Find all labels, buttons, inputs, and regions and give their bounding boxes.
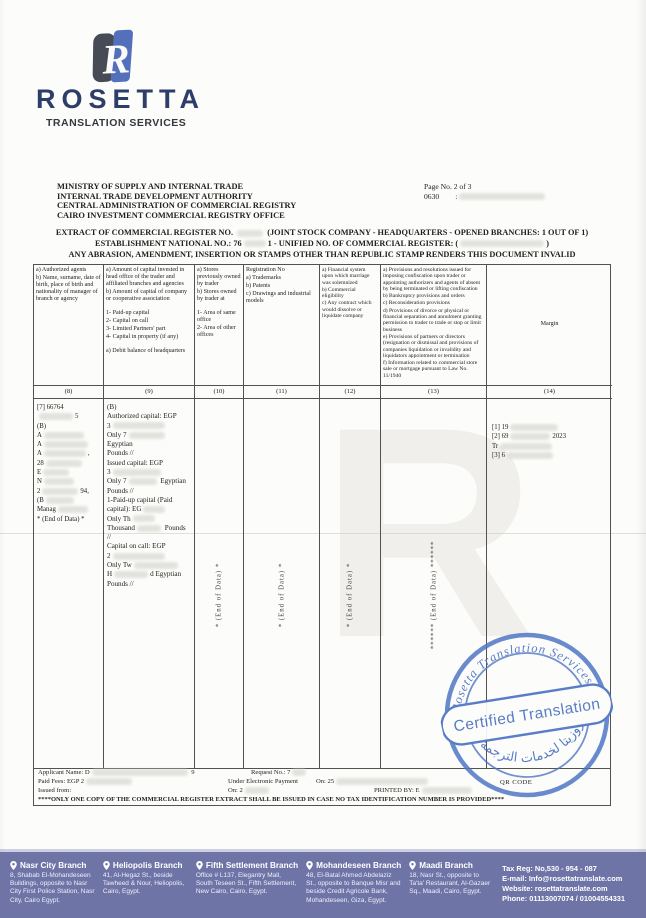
paid-fees: Paid Fees: EGP 2 <box>38 778 134 785</box>
text-line: b) Amount of capital of company or coope… <box>106 289 192 303</box>
redacted-text <box>44 450 86 457</box>
text-line: On: 2 <box>228 787 271 794</box>
redacted-text <box>237 230 263 237</box>
branch-name-text: Maadi Branch <box>419 861 473 870</box>
document-page: R ROSETTA TRANSLATION SERVICES MINISTRY … <box>0 0 646 918</box>
col9-body: (B)Authorized capital: EGP3Only 7 Egypti… <box>103 399 194 768</box>
redacted-text <box>459 193 545 200</box>
text-line: Authorized capital: EGP <box>107 412 191 421</box>
col14-body: [1] 19[2] 692023Tr[3] 6 <box>486 399 612 768</box>
text-line: Registration No <box>246 267 317 274</box>
col10-header: a) Stores previously owned by traderb) S… <box>194 265 243 386</box>
payment-date: On: 25 <box>316 778 430 785</box>
text-line: 28 <box>37 459 100 468</box>
text-line: PRINTED BY: E <box>374 787 474 794</box>
text-line: e) Provisions of partners or directors (… <box>383 334 484 359</box>
extract-title: EXTRACT OF COMMERCIAL REGISTER NO. (JOIN… <box>30 228 614 260</box>
text-line: A <box>37 440 100 449</box>
svg-text:R: R <box>100 36 131 83</box>
summary-box: Applicant Name: D 9 Request No.: 7 Paid … <box>33 767 611 806</box>
text-line: CENTRAL ADMINISTRATION OF COMMERCIAL REG… <box>57 201 296 211</box>
footer-branch: Heliopolis Branch41, Al-Hegaz St., besid… <box>103 861 188 918</box>
col8-number: (8) <box>34 386 103 399</box>
text-line: a) Provisions and resolutions issued for… <box>383 267 484 292</box>
text-line: b) Stores owned by trader at <box>197 289 241 303</box>
redacted-text <box>44 432 84 439</box>
branch-name: Mohandeseen Branch <box>306 861 401 870</box>
text-line: 1- Area of same office <box>197 310 241 324</box>
text-line: INTERNAL TRADE DEVELOPMENT AUTHORITY <box>57 192 296 202</box>
text-line: 4- Capital in property (if any) <box>106 334 192 341</box>
text-line: [2] 692023 <box>492 432 609 441</box>
branch-address: Office # L137, Elegantry Mall, South Tes… <box>196 872 298 897</box>
single-copy-disclaimer: ****ONLY ONE COPY OF THE COMMERCIAL REGI… <box>38 796 504 803</box>
redacted-text <box>113 553 165 560</box>
text-line: Hd Egyptian <box>107 570 191 579</box>
text-line: * (End of Data) * <box>37 515 100 524</box>
col12-number: (12) <box>319 386 380 399</box>
redacted-text <box>336 778 428 785</box>
branch-name: Heliopolis Branch <box>103 861 188 870</box>
text-line: a) Financial system upon which marriage … <box>322 267 378 286</box>
branch-address: 41, Al-Hegaz St., beside Tawheed & Nour,… <box>103 872 188 897</box>
text-line: 2 <box>107 552 191 561</box>
col12-header: a) Financial system upon which marriage … <box>319 265 380 386</box>
text-line: [7] 66764 <box>37 403 100 412</box>
branch-address: 8, Shabab El-Mohandeseen Buildings, oppo… <box>10 872 95 905</box>
text-line: 0630: <box>424 192 547 202</box>
text-line: A, <box>37 449 100 458</box>
footer-branch: Mohandeseen Branch48, El-Batal Ahmed Abd… <box>306 861 401 918</box>
text-line: a) Authorized agents <box>36 267 101 274</box>
col13-number: (13) <box>380 386 486 399</box>
page-number: Page No. 2 of 3 <box>424 182 547 192</box>
redacted-text <box>92 769 188 776</box>
footer-branch: Nasr City Branch8, Shabab El-Mohandeseen… <box>10 861 95 918</box>
text-line: A <box>37 431 100 440</box>
issue-date: On: 2 <box>228 787 271 794</box>
redacted-text <box>86 778 132 785</box>
redacted-text <box>46 460 82 467</box>
text-line: EXTRACT OF COMMERCIAL REGISTER NO. (JOIN… <box>30 228 614 239</box>
printed-by: PRINTED BY: E <box>374 787 474 794</box>
col12-body: * (End of Data) * <box>319 399 380 768</box>
text-line: c) Drawings and industrial models <box>246 291 317 305</box>
col13-body: ****** (End of Data) ****** <box>380 399 486 768</box>
redacted-text <box>133 515 155 522</box>
text-line: 2- Area of other offices <box>197 325 241 339</box>
spacer <box>439 198 455 199</box>
redacted-text <box>44 478 74 485</box>
text-line: Applicant Name: D 9 <box>38 769 195 776</box>
text-line: a) Stores previously owned by trader <box>197 267 241 288</box>
text-line: 1-Paid-up capital (Paid <box>107 496 191 505</box>
text-line: 2- Capital on call <box>106 318 192 325</box>
text-line: (B <box>37 496 100 505</box>
text-line: E <box>37 468 100 477</box>
text-line: MINISTRY OF SUPPLY AND INTERNAL TRADE <box>57 182 296 192</box>
text-line: 3 <box>107 422 191 431</box>
text-line: Phone: 01113007074 / 01004554331 <box>502 894 638 904</box>
redacted-text <box>129 432 165 439</box>
col9-header: a) Amount of capital invested in head of… <box>103 265 194 386</box>
text-line: 3- Limited Partners' part <box>106 326 192 333</box>
col13-header: a) Provisions and resolutions issued for… <box>380 265 486 386</box>
col8-body: [7] 667645(B)AAA,28EN294,(BManag* (End o… <box>34 399 103 768</box>
redacted-text <box>113 422 165 429</box>
text-line: Pounds // <box>107 580 191 589</box>
text-line: Tr <box>492 442 609 451</box>
col10-number: (10) <box>194 386 243 399</box>
redacted-text <box>39 413 73 420</box>
redacted-text <box>43 469 69 476</box>
qr-code-label: QR CODE <box>500 779 532 786</box>
text-line: 1- Paid-up capital <box>106 310 192 317</box>
redacted-text <box>500 443 552 450</box>
logo-wordmark: ROSETTA <box>36 84 205 115</box>
text-line: Request No.: 7 <box>251 769 308 776</box>
text-line: f) Information related to commercial sto… <box>383 360 484 379</box>
redacted-text <box>44 441 88 448</box>
text-line: [1] 19 <box>492 423 609 432</box>
redacted-text <box>58 506 88 513</box>
page-number-block: Page No. 2 of 3 0630: <box>424 182 547 201</box>
text-line: a) Debit balance of headquarters <box>106 348 192 355</box>
text-line: 294, <box>37 487 100 496</box>
col10-body: * (End of Data) * <box>194 399 243 768</box>
text-line: b) Name, surname, date of birth, place o… <box>36 275 101 303</box>
document-number: 0630: <box>424 192 547 202</box>
text-line: Only Th <box>107 515 191 524</box>
branch-name-text: Fifth Settlement Branch <box>206 861 298 870</box>
text-line: Pounds // <box>107 449 191 458</box>
redacted-text <box>422 787 472 794</box>
redacted-text <box>134 562 178 569</box>
text-line: N <box>37 477 100 486</box>
redacted-text <box>244 240 266 247</box>
end-of-data-vertical: * (End of Data) * <box>347 562 354 627</box>
text-line: a) Amount of capital invested in head of… <box>106 267 192 288</box>
text-line: c) Any contract which would dissolve or … <box>322 300 378 319</box>
col9-number: (9) <box>103 386 194 399</box>
text-line: 3 <box>107 468 191 477</box>
text-line: Manag <box>37 505 100 514</box>
redacted-text <box>113 469 161 476</box>
location-pin-icon <box>409 861 416 870</box>
text-line: Margin <box>489 321 610 328</box>
rosetta-logo-icon: R <box>90 28 140 88</box>
text-line: On: 25 <box>316 778 430 785</box>
col14-header-margin: Margin <box>486 265 612 386</box>
text-line: 5 <box>37 412 100 421</box>
text-line: E-mail: Info@rosettatranslate.com <box>502 874 638 884</box>
location-pin-icon <box>103 861 110 870</box>
text-line: b) Commercial eligibility <box>322 287 378 300</box>
branch-name: Fifth Settlement Branch <box>196 861 298 870</box>
branch-address: 18, Nasr St., opposite to Ta'ta' Restaur… <box>409 872 494 897</box>
location-pin-icon <box>10 861 17 870</box>
text-line: b) Patents <box>246 283 317 290</box>
text-line: c) Reconsideration provisions <box>383 300 484 306</box>
footer-branch: Maadi Branch18, Nasr St., opposite to Ta… <box>409 861 494 918</box>
applicant-name: Applicant Name: D 9 <box>38 769 195 776</box>
text-line: CAIRO INVESTMENT COMMERCIAL REGISTRY OFF… <box>57 211 296 221</box>
branch-name-text: Heliopolis Branch <box>113 861 183 870</box>
col11-header: Registration Noa) Trademarksb) Patentsc)… <box>243 265 319 386</box>
footer-contact: Tax Reg: No,530 - 954 - 087E-mail: Info@… <box>502 861 638 918</box>
end-of-data-vertical: ****** (End of Data) ****** <box>430 540 437 649</box>
branch-name: Maadi Branch <box>409 861 494 870</box>
redacted-text <box>510 424 558 431</box>
col8-header: a) Authorized agentsb) Name, surname, da… <box>34 265 103 386</box>
text-line: Paid Fees: EGP 2 <box>38 778 134 785</box>
col11-number: (11) <box>243 386 319 399</box>
text-line: Capital on call: EGP <box>107 542 191 551</box>
location-pin-icon <box>196 861 203 870</box>
redacted-text <box>143 506 165 513</box>
text-line: Only Tw <box>107 561 191 570</box>
text-line: ANY ABRASION, AMENDMENT, INSERTION OR ST… <box>30 250 614 261</box>
text-line: d) Provisions of divorce or physical or … <box>383 308 484 333</box>
footer-branch: Fifth Settlement BranchOffice # L137, El… <box>196 861 298 918</box>
text-line: capital): EG <box>107 505 191 514</box>
branch-name-text: Nasr City Branch <box>20 861 86 870</box>
text-line: Issued capital: EGP <box>107 459 191 468</box>
text-line: Website: rosettatranslate.com <box>502 884 638 894</box>
text-line: Pounds // <box>107 487 191 496</box>
redacted-text <box>292 769 306 776</box>
end-of-data-vertical: * (End of Data) * <box>278 562 285 627</box>
text-line: ESTABLISHMENT NATIONAL NO.: 761 - UNIFIE… <box>30 239 614 250</box>
col11-body: * (End of Data) * <box>243 399 319 768</box>
redacted-text <box>507 452 553 459</box>
text-line: // <box>107 533 191 542</box>
text-line: Tax Reg: No,530 - 954 - 087 <box>502 864 638 874</box>
payment-method: Under Electronic Payment <box>228 778 298 785</box>
text-line: (B) <box>107 403 191 412</box>
redacted-text <box>129 478 157 485</box>
redacted-text <box>137 525 161 532</box>
branch-name-text: Mohandeseen Branch <box>316 861 401 870</box>
col14-number: (14) <box>486 386 612 399</box>
redacted-text <box>42 488 78 495</box>
ministry-header: MINISTRY OF SUPPLY AND INTERNAL TRADEINT… <box>57 182 296 221</box>
redacted-text <box>460 240 544 247</box>
redacted-text <box>114 571 148 578</box>
branch-name: Nasr City Branch <box>10 861 95 870</box>
end-of-data-vertical: * (End of Data) * <box>216 562 223 627</box>
text-line: [3] 6 <box>492 451 609 460</box>
redacted-text <box>46 497 74 504</box>
issued-from: Issued from: <box>38 787 71 794</box>
text-line: b) Bankruptcy provisions and orders <box>383 293 484 299</box>
text-line: a) Trademarks <box>246 275 317 282</box>
redacted-text <box>510 433 550 440</box>
location-pin-icon <box>306 861 313 870</box>
text-line: Only 7 Egyptian <box>107 431 191 450</box>
branch-address: 48, El-Batal Ahmed Abdelaziz St., opposi… <box>306 872 401 905</box>
redacted-text <box>245 787 269 794</box>
logo-tagline: TRANSLATION SERVICES <box>46 117 186 129</box>
footer-bar: Nasr City Branch8, Shabab El-Mohandeseen… <box>0 852 646 918</box>
text-line: (B) <box>37 422 100 431</box>
commercial-register-table: a) Authorized agentsb) Name, surname, da… <box>33 264 611 769</box>
text-line: Only 7 Egyptian <box>107 477 191 486</box>
text-line: Thousand Pounds <box>107 524 191 533</box>
request-number: Request No.: 7 <box>251 769 308 776</box>
